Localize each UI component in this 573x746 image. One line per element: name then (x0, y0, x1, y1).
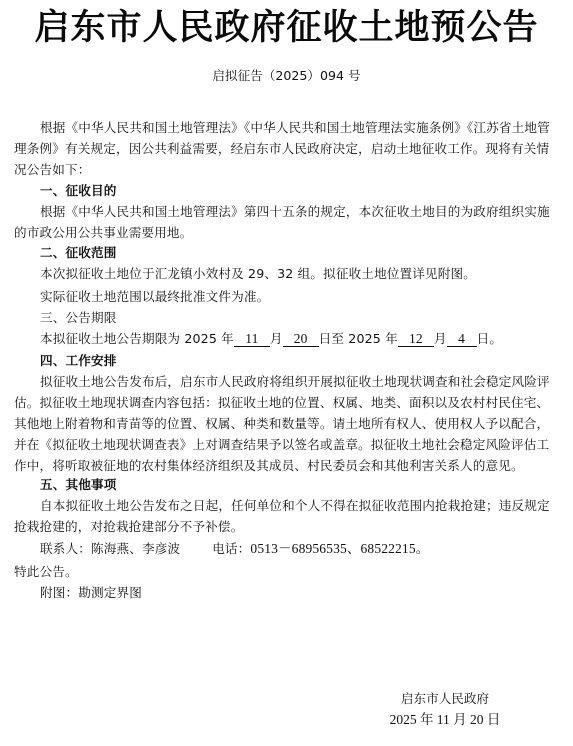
phone-label: 电话： (212, 541, 250, 556)
notice-period-line: 本拟征收土地公告期限为 2025 年11月20日至 2025 年12月4日。 (40, 330, 566, 348)
section-text: 的市政公用公共事业需要用地。 (14, 224, 566, 242)
section-text: 抢栽抢建的，对抢栽抢建部分不予补偿。 (14, 518, 566, 536)
attachment-link: 附图：勘测定界图 (40, 584, 566, 602)
signature-org: 启东市人民政府 (380, 690, 510, 708)
intro-paragraph-line: 况公告如下： (14, 161, 566, 179)
signature-date: 2025 年 11 月 20 日 (380, 711, 510, 729)
section-text: 并在《拟征收土地现状调查表》上对调查结果予以签名或盖章。拟征收土地社会稳定风险评… (14, 436, 566, 454)
period-prefix: 本拟征收土地公告期限为 2025 年 (40, 331, 234, 346)
document-number: 启拟征告（2025）094 号 (0, 68, 573, 84)
period-suffix: 日。 (477, 331, 503, 346)
closing-text: 特此公告。 (14, 563, 566, 581)
section-heading-period: 三、公告期限 (40, 309, 566, 327)
section-text: 根据《中华人民共和国土地管理法》第四十五条的规定，本次征收土地目的为政府组织实施 (40, 203, 566, 221)
phone-numbers: 0513－68956535、68522215。 (250, 541, 429, 556)
start-day-field: 20 (283, 332, 319, 347)
start-month-field: 11 (234, 332, 270, 347)
section-heading-scope: 二、征收范围 (40, 244, 566, 262)
month-label: 月 (270, 331, 283, 346)
section-text: 其他地上附着物和青苗等的位置、权属、种类和数量等。请土地所有权人、使用权人予以配… (14, 415, 566, 433)
contact-line: 联系人：陈海燕、李彦波电话：0513－68956535、68522215。 (40, 540, 566, 558)
section-heading-purpose: 一、征收目的 (40, 182, 566, 200)
end-month-field: 12 (398, 332, 434, 347)
section-text: 作中，将听取被征地的农村集体经济组织及其成员、村民委员会和其他利害关系人的意见。 (14, 457, 566, 475)
month-label: 月 (434, 331, 447, 346)
section-text: 拟征收土地公告发布后，启东市人民政府将组织开展拟征收土地现状调查和社会稳定风险评 (40, 373, 566, 391)
end-day-field: 4 (447, 332, 477, 347)
section-text: 自本拟征收土地公告发布之日起，任何单位和个人不得在拟征收范围内抢栽抢建；违反规定 (40, 497, 566, 515)
intro-paragraph-line: 理条例》有关规定，因公共利益需要，经启东市人民政府决定，启动土地征收工作。现将有… (14, 140, 566, 158)
section-heading-arrangement: 四、工作安排 (40, 352, 566, 370)
intro-paragraph-line: 根据《中华人民共和国土地管理法》《中华人民共和国土地管理法实施条例》《江苏省土地… (40, 119, 566, 137)
period-mid: 日至 2025 年 (319, 331, 398, 346)
section-text: 估。拟征收土地现状调查内容包括：拟征收土地的位置、权属、地类、面积以及农村村民住… (14, 394, 566, 412)
section-text: 本次拟征收土地位于汇龙镇小效村及 29、32 组。拟征收土地位置详见附图。 (40, 265, 566, 283)
section-heading-other: 五、其他事项 (40, 476, 566, 494)
section-text: 实际征收土地范围以最终批准文件为准。 (40, 288, 566, 306)
page-title: 启东市人民政府征收土地预公告 (0, 6, 573, 50)
contact-persons: 联系人：陈海燕、李彦波 (40, 541, 180, 556)
